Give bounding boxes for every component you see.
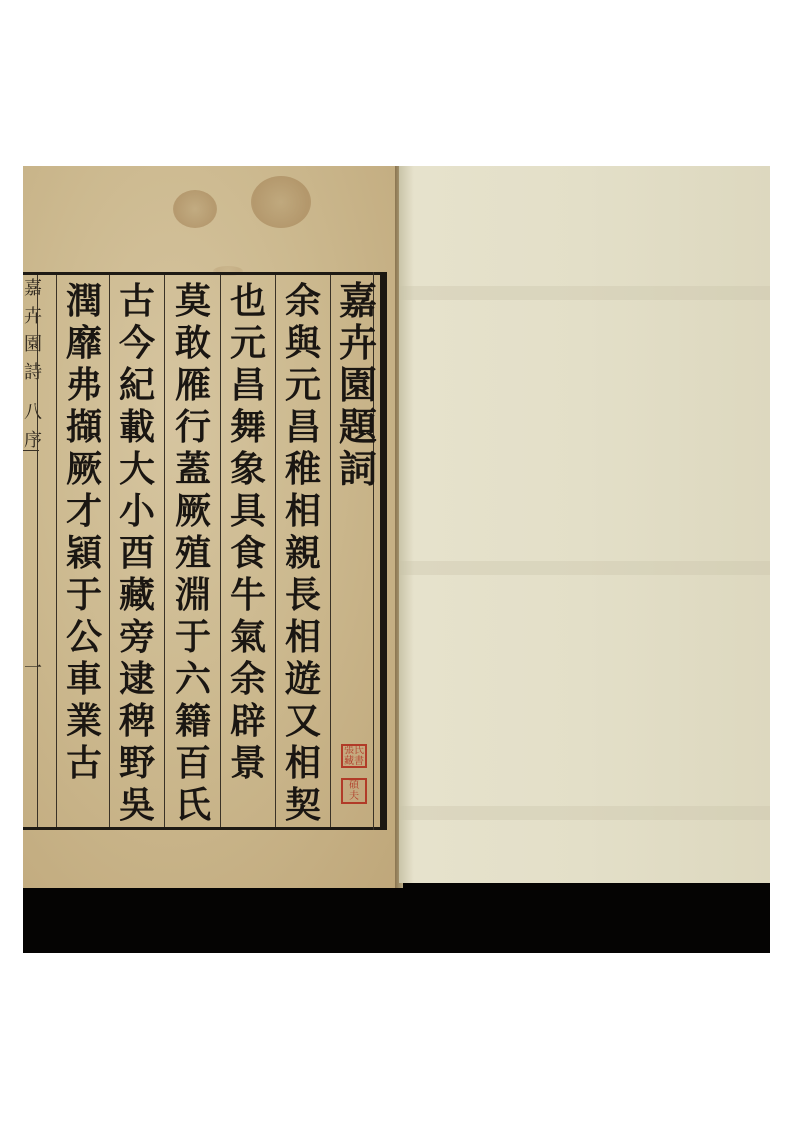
title-char: 卉 — [333, 322, 383, 364]
text-column: 余 與 元 昌 稚 相 親 長 相 遊 又 相 契 — [278, 280, 328, 828]
text-char: 遊 — [278, 658, 328, 700]
text-char: 小 — [112, 490, 162, 532]
fore-edge-char: 詩 — [23, 359, 43, 387]
right-page-blank — [399, 166, 770, 883]
column-rule — [109, 275, 110, 827]
text-char: 蓋 — [168, 448, 218, 490]
text-char: 穎 — [59, 532, 109, 574]
text-char: 象 — [223, 448, 273, 490]
text-char: 行 — [168, 406, 218, 448]
text-char: 業 — [59, 700, 109, 742]
text-char: 昌 — [278, 406, 328, 448]
text-char: 牛 — [223, 574, 273, 616]
text-char: 氏 — [168, 784, 218, 826]
title-char: 園 — [333, 364, 383, 406]
text-char: 六 — [168, 658, 218, 700]
text-char: 舞 — [223, 406, 273, 448]
column-rule — [164, 275, 165, 827]
text-char: 厥 — [168, 490, 218, 532]
fish-tail-mark — [23, 450, 39, 455]
paper-fold-band — [399, 286, 770, 300]
text-char: 敢 — [168, 322, 218, 364]
text-char: 擷 — [59, 406, 109, 448]
text-char: 車 — [59, 658, 109, 700]
text-char: 相 — [278, 616, 328, 658]
text-char: 余 — [278, 280, 328, 322]
text-char: 景 — [223, 742, 273, 784]
book-scan: 嘉 卉 園 詩 八 序 一 嘉 卉 園 題 詞 余 與 元 昌 稚 — [23, 166, 770, 953]
title-char: 嘉 — [333, 280, 383, 322]
text-column: 莫 敢 雁 行 蓋 厥 殖 淵 于 六 籍 百 氏 — [168, 280, 218, 828]
text-char: 氣 — [223, 616, 273, 658]
text-char: 弗 — [59, 364, 109, 406]
text-char: 也 — [223, 280, 273, 322]
text-char: 于 — [168, 616, 218, 658]
column-rule — [330, 275, 331, 827]
fore-edge-char: 卉 — [23, 303, 43, 331]
text-char: 與 — [278, 322, 328, 364]
fore-edge-char: 嘉 — [23, 275, 43, 303]
text-char: 野 — [112, 742, 162, 784]
title-char: 題 — [333, 406, 383, 448]
text-char: 紀 — [112, 364, 162, 406]
text-char: 籍 — [168, 700, 218, 742]
text-char: 稗 — [112, 700, 162, 742]
fore-edge-char: 一 — [23, 655, 43, 683]
fore-edge-char: 八 — [23, 399, 43, 427]
text-char: 古 — [112, 280, 162, 322]
text-char: 旁 — [112, 616, 162, 658]
text-char: 契 — [278, 784, 328, 826]
fore-edge-rule — [37, 275, 38, 827]
water-stain — [251, 176, 311, 228]
text-char: 元 — [278, 364, 328, 406]
fore-edge-char: 園 — [23, 331, 43, 359]
text-char: 今 — [112, 322, 162, 364]
text-char: 百 — [168, 742, 218, 784]
red-seal-lower: 碩 夫 — [341, 778, 367, 804]
column-rule — [275, 275, 276, 827]
text-char: 才 — [59, 490, 109, 532]
text-char: 大 — [112, 448, 162, 490]
text-char: 公 — [59, 616, 109, 658]
text-char: 靡 — [59, 322, 109, 364]
text-column: 也 元 昌 舞 象 具 食 牛 氣 余 辟 景 — [223, 280, 273, 828]
text-column: 潤 靡 弗 擷 厥 才 穎 于 公 車 業 古 — [59, 280, 109, 828]
text-char: 載 — [112, 406, 162, 448]
text-char: 辟 — [223, 700, 273, 742]
text-char: 莫 — [168, 280, 218, 322]
text-char: 具 — [223, 490, 273, 532]
text-char: 吳 — [112, 784, 162, 826]
text-char: 余 — [223, 658, 273, 700]
column-rule — [56, 275, 57, 827]
text-char: 藏 — [112, 574, 162, 616]
fore-edge-strip: 嘉 卉 園 詩 八 序 一 — [23, 275, 43, 827]
text-char: 稚 — [278, 448, 328, 490]
text-char: 酉 — [112, 532, 162, 574]
text-char: 厥 — [59, 448, 109, 490]
water-stain — [173, 190, 217, 228]
text-char: 元 — [223, 322, 273, 364]
text-char: 雁 — [168, 364, 218, 406]
left-page: 嘉 卉 園 詩 八 序 一 嘉 卉 園 題 詞 余 與 元 昌 稚 — [23, 166, 399, 888]
paper-fold-band — [399, 561, 770, 575]
text-char: 長 — [278, 574, 328, 616]
paper-fold-band — [399, 806, 770, 820]
red-seal-upper: 張氏 藏書 — [341, 744, 367, 768]
text-char: 逮 — [112, 658, 162, 700]
text-char: 食 — [223, 532, 273, 574]
text-column: 古 今 紀 載 大 小 酉 藏 旁 逮 稗 野 吳 — [112, 280, 162, 828]
text-char: 又 — [278, 700, 328, 742]
column-rule — [220, 275, 221, 827]
text-char: 昌 — [223, 364, 273, 406]
text-char: 于 — [59, 574, 109, 616]
text-char: 親 — [278, 532, 328, 574]
text-char: 殖 — [168, 532, 218, 574]
text-char: 相 — [278, 742, 328, 784]
text-char: 古 — [59, 742, 109, 784]
text-char: 淵 — [168, 574, 218, 616]
title-char: 詞 — [333, 448, 383, 490]
text-char: 相 — [278, 490, 328, 532]
text-char: 潤 — [59, 280, 109, 322]
